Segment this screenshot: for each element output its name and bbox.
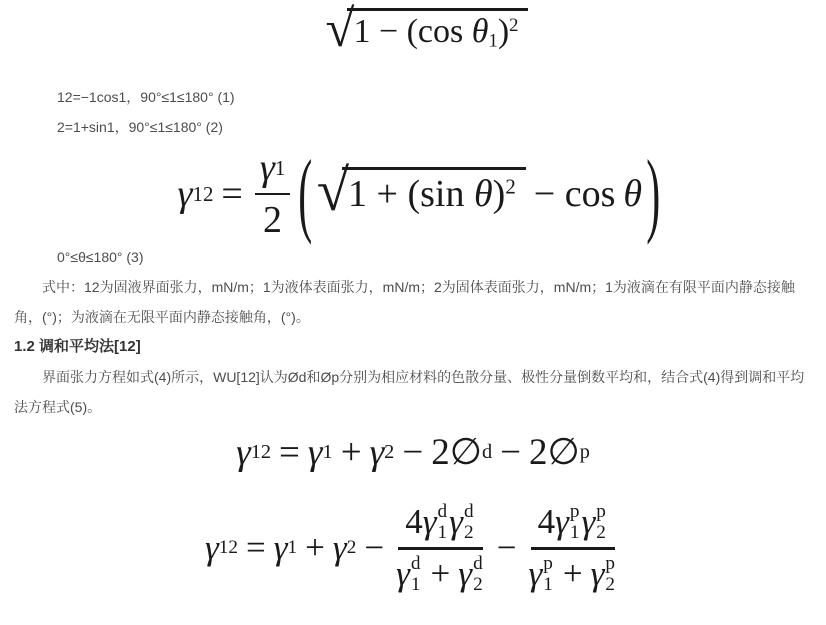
equals-sign: =: [246, 528, 266, 568]
subscript-1: 1: [275, 156, 285, 181]
radicand: 1 + (sin θ)2: [342, 167, 526, 216]
radicand-pre: 1 + (sin: [348, 173, 474, 215]
gamma-symbol: γ: [528, 554, 542, 594]
square-root: √ 1 + (sin θ)2: [317, 167, 526, 221]
subscript-2: 2: [384, 441, 394, 464]
gamma-symbol: γ: [308, 431, 323, 474]
minus-sign: −: [497, 528, 517, 568]
subscript-2: 2: [473, 574, 483, 595]
paragraph-harmonic-intro: 界面张力方程如式(4)所示，WU[12]认为Ød和Øp分别为相应材料的色散分量、…: [14, 362, 812, 422]
script-stack: p2: [596, 501, 606, 543]
script-stack: d1: [438, 501, 448, 543]
superscript-d: d: [482, 441, 492, 464]
gamma-symbol: γ: [591, 554, 605, 594]
subscript-1: 1: [411, 574, 421, 595]
gamma-symbol: γ: [370, 431, 385, 474]
close-paren: ): [498, 13, 509, 50]
minus-cos-term: − cos: [534, 172, 616, 216]
subscript-1: 1: [288, 537, 298, 559]
fraction-gamma1-over-2: γ1 2: [255, 146, 290, 242]
radicand-pre: 1 − (cos: [353, 13, 471, 50]
script-stack: p1: [543, 553, 553, 595]
subscript-2: 2: [605, 574, 615, 595]
formula-wu: γ12 = γ1 + γ2 − 2∅d − 2∅p: [236, 426, 590, 478]
script-stack: p2: [605, 553, 615, 595]
formula-sqrt-cos: √ 1 − (cos θ1)2: [326, 0, 529, 76]
plus-sign: +: [563, 554, 583, 594]
superscript-p: p: [543, 553, 553, 574]
close-paren-icon: ): [646, 147, 660, 241]
fraction-polar: 4γp1γp2 γp1+γp2: [528, 501, 617, 595]
gamma-symbol: γ: [449, 502, 463, 542]
subscript-12: 12: [219, 537, 238, 559]
formula-gamma12-main: γ12 = γ1 2 ( √ 1 + (sin θ)2 − cos θ ): [178, 146, 665, 242]
equals-sign: =: [279, 431, 300, 474]
minus-sign: −: [364, 528, 384, 568]
superscript-p: p: [580, 441, 590, 464]
theta-symbol: θ: [472, 13, 489, 50]
subscript-2: 2: [596, 522, 606, 543]
subscript-1: 1: [323, 441, 333, 464]
plus-sign: +: [341, 431, 362, 474]
subscript-12: 12: [251, 441, 271, 464]
subscript-1: 1: [438, 522, 448, 543]
minus-sign: −: [402, 431, 423, 474]
minus-sign: −: [500, 431, 521, 474]
gamma-symbol: γ: [274, 528, 288, 568]
superscript-d: d: [438, 501, 448, 522]
subscript-1: 1: [543, 574, 553, 595]
close-paren: ): [493, 173, 506, 215]
gamma-symbol: γ: [205, 528, 219, 568]
section-heading: 1.2 调和平均法[12]: [14, 332, 826, 362]
gamma-symbol: γ: [423, 502, 437, 542]
gamma-symbol: γ: [260, 146, 275, 190]
theta-symbol: θ: [623, 172, 642, 216]
fraction-numerator: 4γd1γd2: [398, 501, 482, 549]
gamma-symbol: γ: [555, 502, 569, 542]
superscript-d: d: [411, 553, 421, 574]
subscript-2: 2: [347, 537, 357, 559]
equation-3: 0°≤θ≤180° (3): [57, 242, 826, 272]
gamma-symbol: γ: [236, 431, 251, 474]
formula-harmonic: γ12 = γ1 + γ2 − 4γd1γd2 γd1+γd2 − 4γp1γp…: [205, 488, 621, 608]
fraction-dispersive: 4γd1γd2 γd1+γd2: [396, 501, 485, 595]
script-stack: d2: [464, 501, 474, 543]
theta-symbol: θ: [474, 173, 493, 215]
fraction-numerator: 4γp1γp2: [531, 501, 615, 549]
superscript-d: d: [473, 553, 483, 574]
subscript-1: 1: [570, 522, 580, 543]
gamma-symbol: γ: [458, 554, 472, 594]
open-paren-icon: (: [298, 147, 312, 241]
superscript-d: d: [464, 501, 474, 522]
fraction-denominator: 2: [258, 195, 287, 242]
script-stack: p1: [570, 501, 580, 543]
power-two: 2: [505, 175, 515, 199]
coefficient-4: 4: [405, 502, 423, 542]
gamma-symbol: γ: [581, 502, 595, 542]
theta-subscript: 1: [488, 31, 497, 52]
plus-sign: +: [305, 528, 325, 568]
power-two: 2: [509, 15, 518, 36]
equals-sign: =: [221, 172, 242, 216]
fraction-denominator: γp1+γp2: [528, 550, 617, 595]
superscript-p: p: [596, 501, 606, 522]
script-stack: d1: [411, 553, 421, 595]
superscript-p: p: [570, 501, 580, 522]
two-phi-term: 2∅: [529, 430, 580, 474]
script-stack: d2: [473, 553, 483, 595]
superscript-p: p: [605, 553, 615, 574]
two-phi-term: 2∅: [431, 430, 482, 474]
subscript-12: 12: [193, 182, 214, 207]
fraction-denominator: γd1+γd2: [396, 550, 485, 595]
gamma-symbol: γ: [178, 172, 193, 216]
square-root: √ 1 − (cos θ1)2: [326, 8, 529, 56]
equation-2: 2=1+sin1，90°≤1≤180° (2): [57, 112, 826, 142]
paragraph-definitions: 式中：12为固液界面张力，mN/m；1为液体表面张力，mN/m；2为固体表面张力…: [14, 272, 812, 332]
plus-sign: +: [431, 554, 451, 594]
document-page: √ 1 − (cos θ1)2 12=−1cos1，90°≤1≤180° (1)…: [0, 0, 826, 608]
coefficient-4: 4: [538, 502, 556, 542]
fraction-numerator: γ1: [255, 146, 290, 195]
subscript-2: 2: [464, 522, 474, 543]
gamma-symbol: γ: [396, 554, 410, 594]
radicand: 1 − (cos θ1)2: [347, 8, 528, 53]
equation-1: 12=−1cos1，90°≤1≤180° (1): [57, 82, 826, 112]
gamma-symbol: γ: [333, 528, 347, 568]
